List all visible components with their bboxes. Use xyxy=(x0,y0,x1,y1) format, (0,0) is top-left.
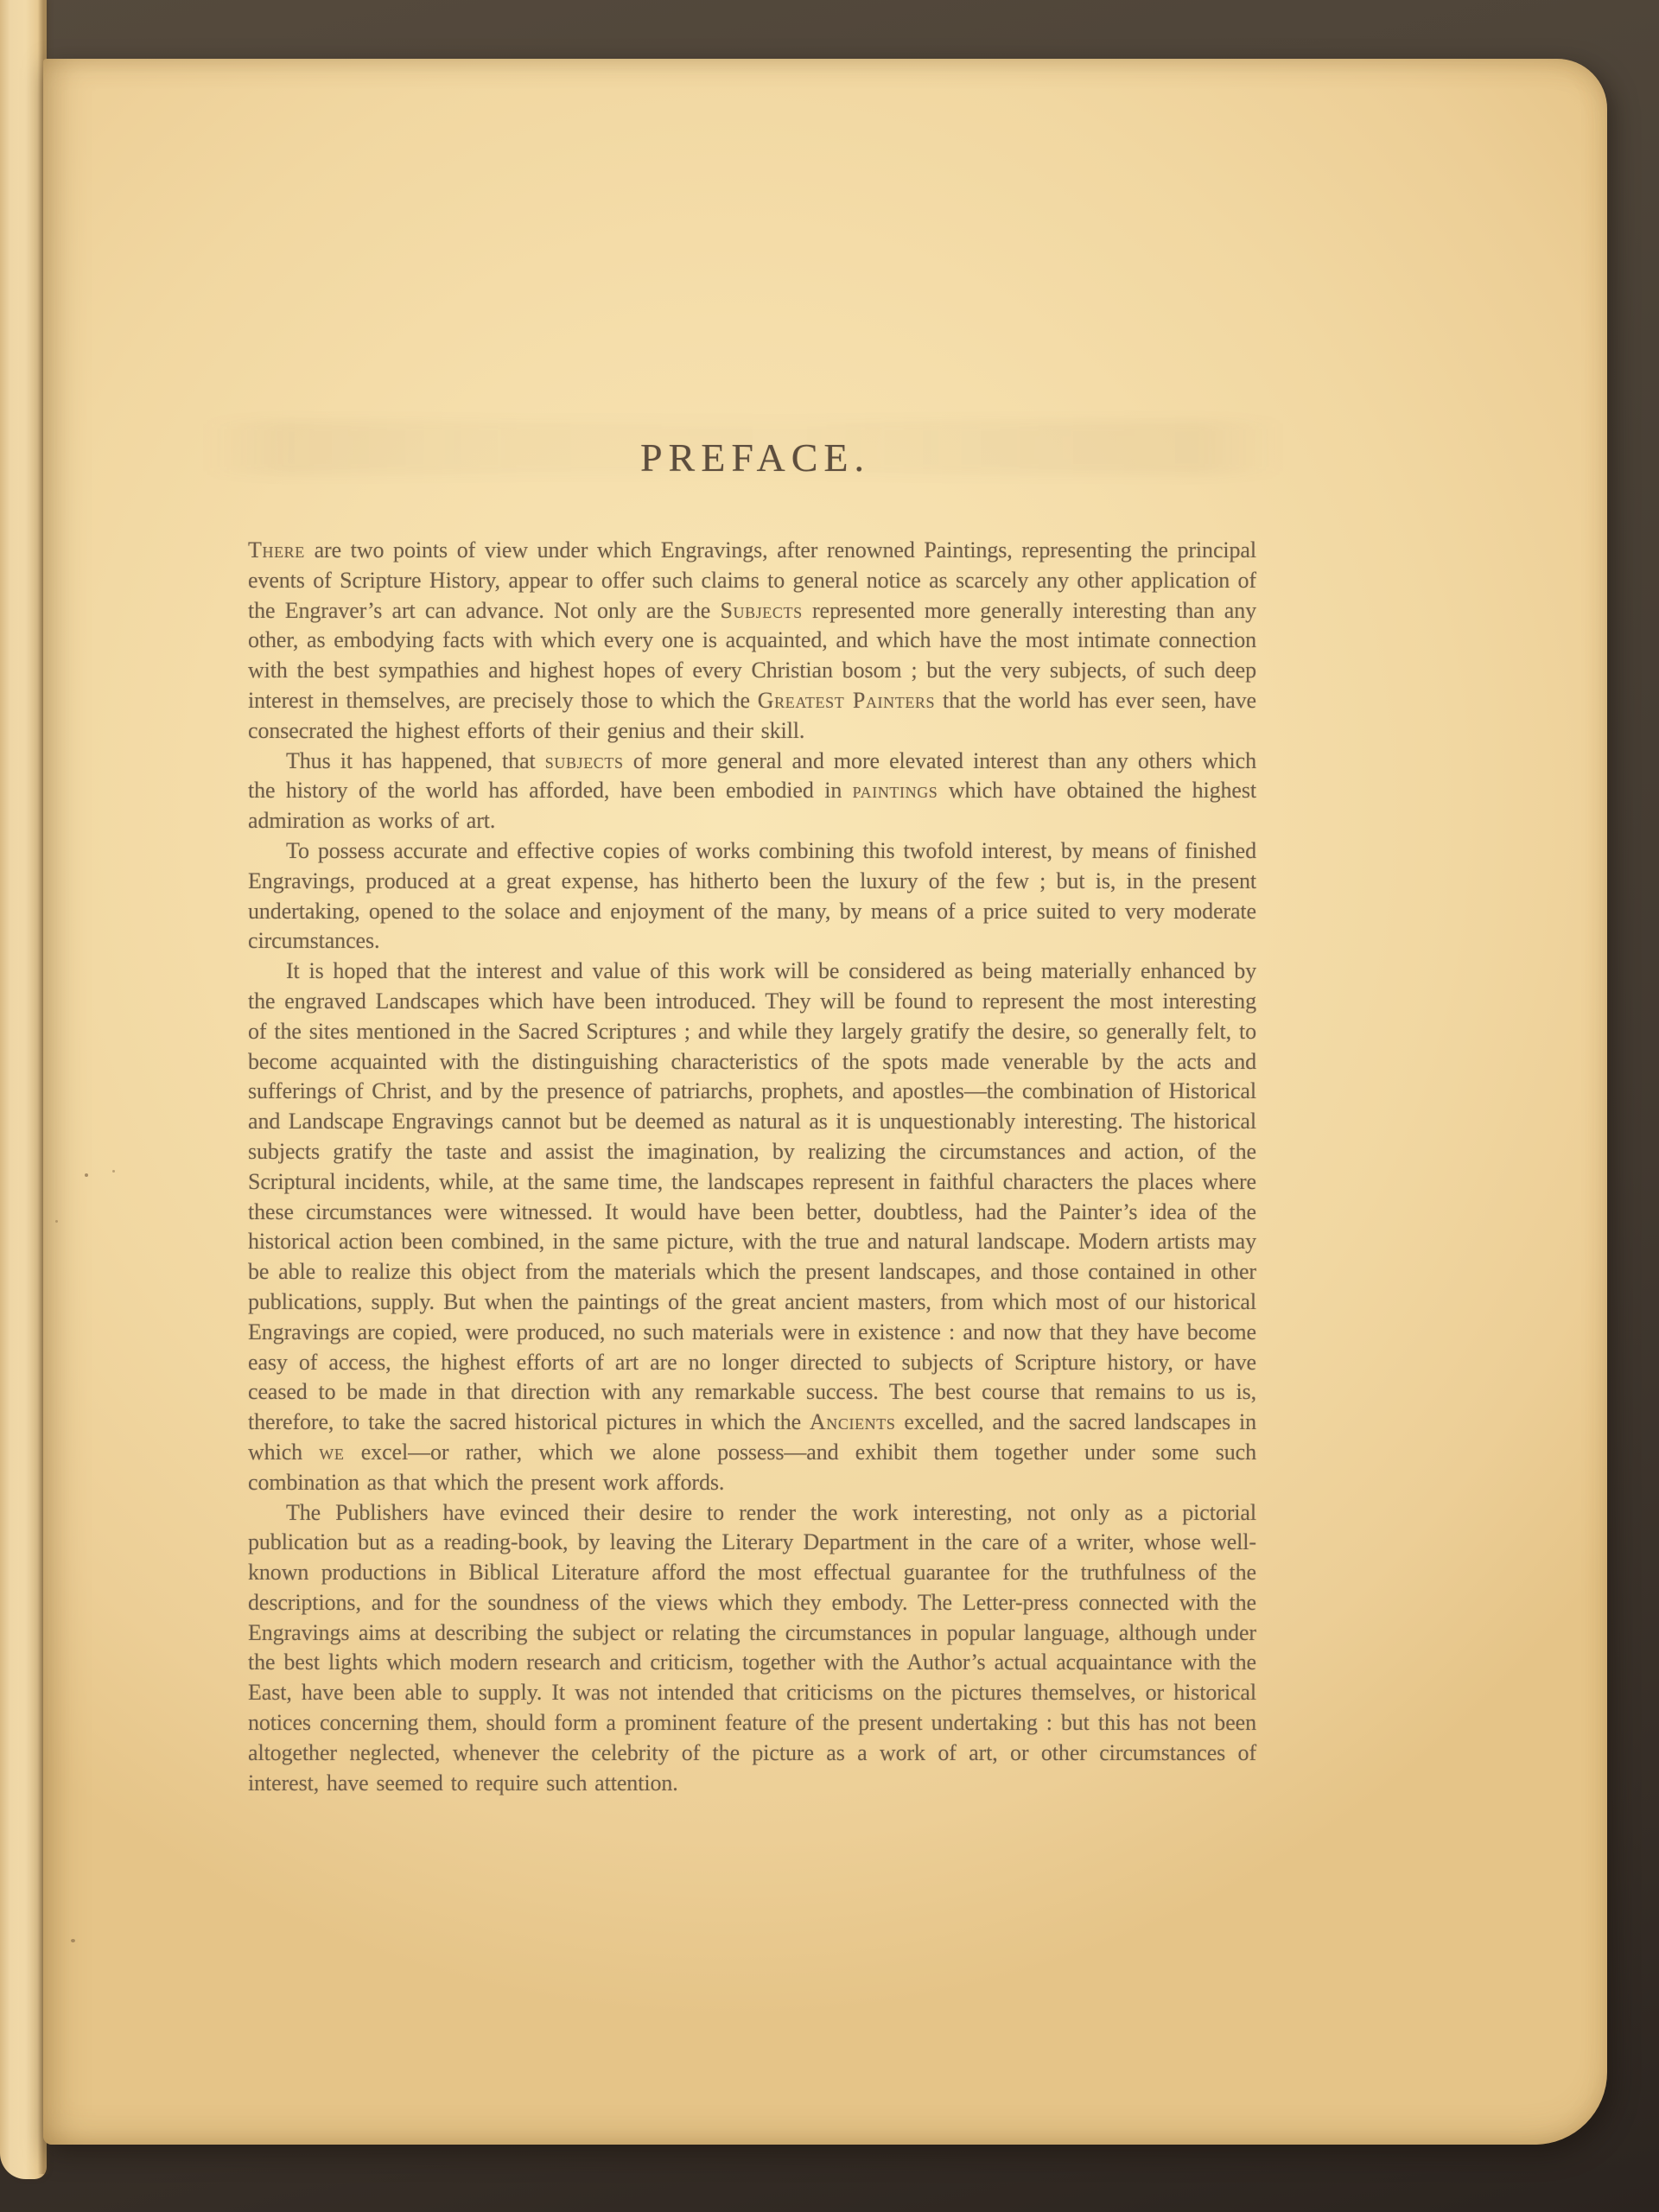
preface-text-block: PREFACE. There are two points of view un… xyxy=(248,437,1256,1798)
book-photo: PREFACE. There are two points of view un… xyxy=(0,0,1659,2212)
body-text: excel—or rather, which we alone possess—… xyxy=(248,1440,1256,1495)
small-caps-text: we xyxy=(319,1440,344,1465)
body-text: Thus it has happened, that xyxy=(286,748,545,773)
foxing-speck xyxy=(71,1939,75,1942)
book-page: PREFACE. There are two points of view un… xyxy=(43,59,1607,2145)
body-text: To possess accurate and effective copies… xyxy=(248,838,1256,953)
small-caps-text: Greatest Painters xyxy=(758,688,935,713)
preface-paragraphs: There are two points of view under which… xyxy=(248,536,1256,1798)
small-caps-text: Ancients xyxy=(810,1409,896,1434)
foxing-speck xyxy=(55,1220,58,1223)
paragraph: To possess accurate and effective copies… xyxy=(248,836,1256,957)
small-caps-text: There xyxy=(248,537,305,563)
body-text: It is hoped that the interest and value … xyxy=(248,958,1256,1434)
foxing-speck xyxy=(85,1173,88,1177)
paragraph: Thus it has happened, that subjects of m… xyxy=(248,747,1256,836)
paragraph: There are two points of view under which… xyxy=(248,536,1256,747)
small-caps-text: paintings xyxy=(853,778,938,803)
foxing-speck xyxy=(112,1170,115,1173)
body-text: The Publishers have evinced their desire… xyxy=(248,1500,1256,1796)
page-title: PREFACE. xyxy=(248,437,1256,479)
paragraph: The Publishers have evinced their desire… xyxy=(248,1498,1256,1799)
small-caps-text: Subjects xyxy=(720,598,802,623)
small-caps-text: subjects xyxy=(545,748,624,773)
paragraph: It is hoped that the interest and value … xyxy=(248,957,1256,1497)
